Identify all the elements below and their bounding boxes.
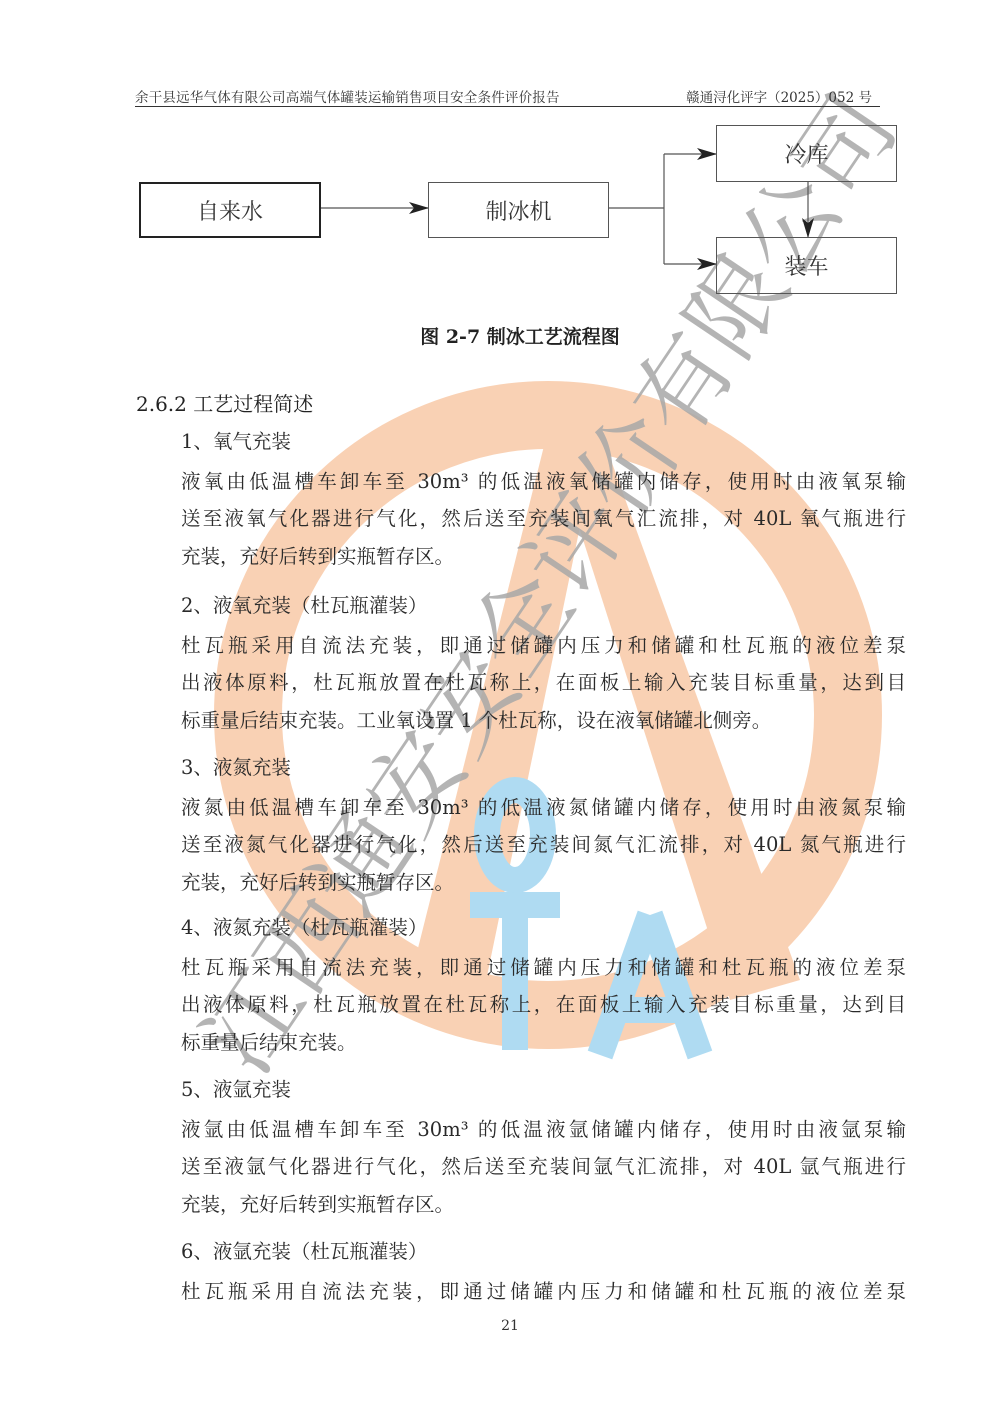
flow-node-label: 冷库 [784,138,828,169]
item-paragraph: 杜瓦瓶采用自流法充装，即通过储罐内压力和储罐和杜瓦瓶的液位差泵 出液体原料，杜瓦… [136,949,906,1061]
flow-node-loading: 装车 [716,237,897,294]
item-paragraph: 液氧由低温槽车卸车至 30m³ 的低温液氧储罐内储存，使用时由液氧泵输 送至液氧… [136,463,906,575]
item-paragraph: 杜瓦瓶采用自流法充装，即通过储罐内压力和储罐和杜瓦瓶的液位差泵 出液体原料，杜瓦… [136,627,906,739]
ice-making-flowchart: 自来水 制冰机 冷库 装车 [0,0,1000,310]
flow-node-label: 自来水 [197,195,263,226]
item-title: 4、液氮充装（杜瓦瓶灌装） [181,912,427,940]
flow-node-tap-water: 自来水 [139,182,321,238]
item-title: 1、氧气充装 [181,426,291,454]
flow-node-label: 制冰机 [485,195,551,226]
item-title: 3、液氮充装 [181,752,291,780]
section-heading: 2.6.2 工艺过程简述 [136,388,313,417]
flow-node-cold-storage: 冷库 [716,125,897,182]
flow-node-label: 装车 [784,250,828,281]
item-title: 6、液氩充装（杜瓦瓶灌装） [181,1236,427,1264]
item-paragraph: 液氩由低温槽车卸车至 30m³ 的低温液氩储罐内储存，使用时由液氩泵输 送至液氩… [136,1111,906,1223]
item-title: 2、液氧充装（杜瓦瓶灌装） [181,590,427,618]
item-title: 5、液氩充装 [181,1074,291,1102]
flow-node-ice-machine: 制冰机 [428,182,609,238]
figure-caption: 图 2-7 制冰工艺流程图 [0,322,1000,349]
page-number: 21 [0,1318,1000,1334]
item-paragraph: 杜瓦瓶采用自流法充装，即通过储罐内压力和储罐和杜瓦瓶的液位差泵 [136,1273,906,1310]
item-paragraph: 液氮由低温槽车卸车至 30m³ 的低温液氮储罐内储存，使用时由液氮泵输 送至液氮… [136,789,906,901]
